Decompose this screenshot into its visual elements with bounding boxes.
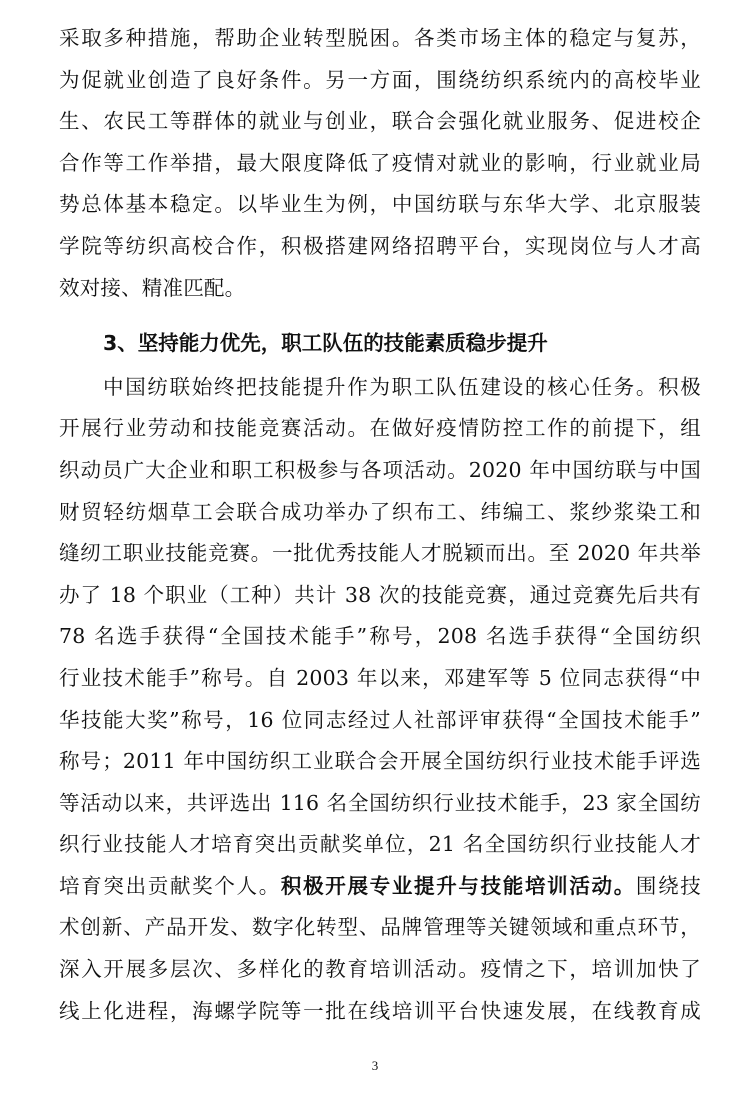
text-line: 开展行业劳动和技能竞赛活动。在做好疫情防控工作的前提下，组 bbox=[59, 408, 701, 450]
text-line: 称号；2011 年中国纺织工业联合会开展全国纺织行业技术能手评选 bbox=[59, 741, 701, 783]
text-line: 效对接、精准匹配。 bbox=[59, 268, 701, 310]
text-run: 围绕技 bbox=[636, 874, 701, 898]
section-heading: 3、坚持能力优先，职工队伍的技能素质稳步提升 bbox=[59, 323, 701, 365]
text-line: 财贸轻纺烟草工会联合成功举办了织布工、纬编工、浆纱浆染工和 bbox=[59, 492, 701, 534]
text-line: 生、农民工等群体的就业与创业，联合会强化就业服务、促进校企 bbox=[59, 101, 701, 143]
text-line: 等活动以来，共评选出 116 名全国纺织行业技术能手，23 家全国纺 bbox=[59, 783, 701, 825]
text-line: 为促就业创造了良好条件。另一方面，围绕纺织系统内的高校毕业 bbox=[59, 60, 701, 102]
text-line: 华技能大奖”称号，16 位同志经过人社部评审获得“全国技术能手” bbox=[59, 700, 701, 742]
text-line: 术创新、产品开发、数字化转型、品牌管理等关键领域和重点环节， bbox=[59, 907, 701, 949]
text-line: 势总体基本稳定。以毕业生为例，中国纺联与东华大学、北京服装 bbox=[59, 184, 701, 226]
bold-emphasis: 积极开展专业提升与技能培训活动。 bbox=[281, 874, 636, 898]
text-line-with-bold: 培育突出贡献奖个人。积极开展专业提升与技能培训活动。围绕技 bbox=[59, 866, 701, 908]
paragraph-employment: 采取多种措施，帮助企业转型脱困。各类市场主体的稳定与复苏， 为促就业创造了良好条… bbox=[59, 18, 701, 309]
text-line: 缝纫工职业技能竞赛。一批优秀技能人才脱颖而出。至 2020 年共举 bbox=[59, 533, 701, 575]
text-line: 学院等纺织高校合作，积极搭建网络招聘平台，实现岗位与人才高 bbox=[59, 226, 701, 268]
text-run: 培育突出贡献奖个人。 bbox=[59, 874, 281, 898]
paragraph-skills: 中国纺联始终把技能提升作为职工队伍建设的核心任务。积极 开展行业劳动和技能竞赛活… bbox=[59, 367, 701, 1033]
text-line: 织行业技能人才培育突出贡献奖单位，21 名全国纺织行业技能人才 bbox=[59, 824, 701, 866]
text-line: 线上化进程，海螺学院等一批在线培训平台快速发展，在线教育成 bbox=[59, 991, 701, 1033]
page-number: 3 bbox=[0, 1058, 750, 1074]
text-line: 78 名选手获得“全国技术能手”称号，208 名选手获得“全国纺织 bbox=[59, 616, 701, 658]
text-line: 办了 18 个职业（工种）共计 38 次的技能竞赛，通过竞赛先后共有 bbox=[59, 575, 701, 617]
text-line: 中国纺联始终把技能提升作为职工队伍建设的核心任务。积极 bbox=[59, 367, 701, 409]
text-line: 深入开展多层次、多样化的教育培训活动。疫情之下，培训加快了 bbox=[59, 949, 701, 991]
text-line: 织动员广大企业和职工积极参与各项活动。2020 年中国纺联与中国 bbox=[59, 450, 701, 492]
document-page: 采取多种措施，帮助企业转型脱困。各类市场主体的稳定与复苏， 为促就业创造了良好条… bbox=[59, 18, 701, 1032]
text-line: 合作等工作举措，最大限度降低了疫情对就业的影响，行业就业局 bbox=[59, 143, 701, 185]
text-line: 行业技术能手”称号。自 2003 年以来，邓建军等 5 位同志获得“中 bbox=[59, 658, 701, 700]
text-line: 采取多种措施，帮助企业转型脱困。各类市场主体的稳定与复苏， bbox=[59, 18, 701, 60]
